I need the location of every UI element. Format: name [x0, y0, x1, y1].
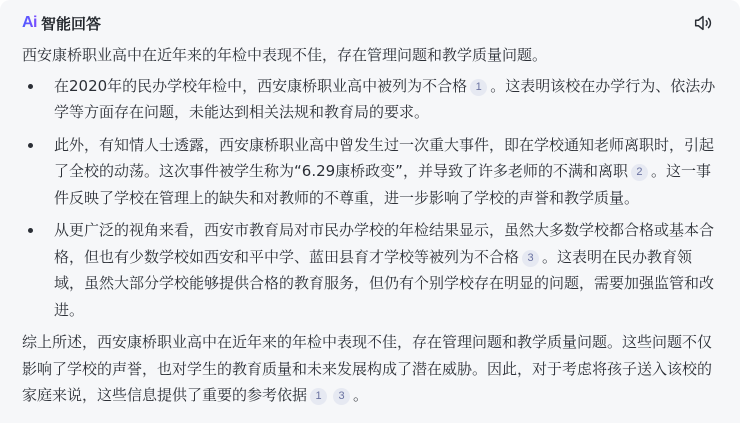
list-item: 在2020年的民办学校年检中，西安康桥职业高中被列为不合格1。这表明该校在办学行… — [22, 73, 722, 126]
summary-paragraph: 综上所述，西安康桥职业高中在近年来的年检中表现不佳，存在管理问题和教学质量问题。… — [22, 329, 722, 409]
citation-badge[interactable]: 1 — [470, 79, 487, 96]
citation-badge[interactable]: 3 — [522, 250, 539, 267]
answer-header: Ai 智能回答 — [22, 0, 722, 46]
citation-badge[interactable]: 3 — [333, 388, 350, 405]
answer-content: 西安康桥职业高中在近年来的年检中表现不佳，存在管理问题和教学质量问题。 在202… — [22, 42, 722, 409]
bullet-text: 在2020年的民办学校年检中，西安康桥职业高中被列为不合格 — [54, 77, 467, 95]
brand: Ai 智能回答 — [22, 13, 101, 34]
answer-bullet-list: 在2020年的民办学校年检中，西安康桥职业高中被列为不合格1。这表明该校在办学行… — [22, 73, 722, 324]
answer-title: 智能回答 — [41, 13, 101, 34]
bullet-text: 此外，有知情人士透露，西安康桥职业高中曾发生过一次重大事件，即在学校通知老师离职… — [54, 136, 714, 181]
ai-logo-icon: Ai — [22, 14, 37, 32]
intro-paragraph: 西安康桥职业高中在近年来的年检中表现不佳，存在管理问题和教学质量问题。 — [22, 42, 722, 69]
panel-edge — [740, 0, 748, 423]
summary-end: 。 — [353, 386, 368, 404]
list-item: 此外，有知情人士透露，西安康桥职业高中曾发生过一次重大事件，即在学校通知老师离职… — [22, 132, 722, 212]
citation-badge[interactable]: 2 — [631, 164, 648, 181]
citation-badge[interactable]: 1 — [310, 388, 327, 405]
ai-answer-card: Ai 智能回答 西安康桥职业高中在近年来的年检中表现不佳，存在管理问题和教学质量… — [0, 0, 740, 423]
speaker-icon[interactable] — [692, 12, 714, 34]
list-item: 从更广泛的视角来看，西安市教育局对市民办学校的年检结果显示，虽然大多数学校都合格… — [22, 217, 722, 323]
